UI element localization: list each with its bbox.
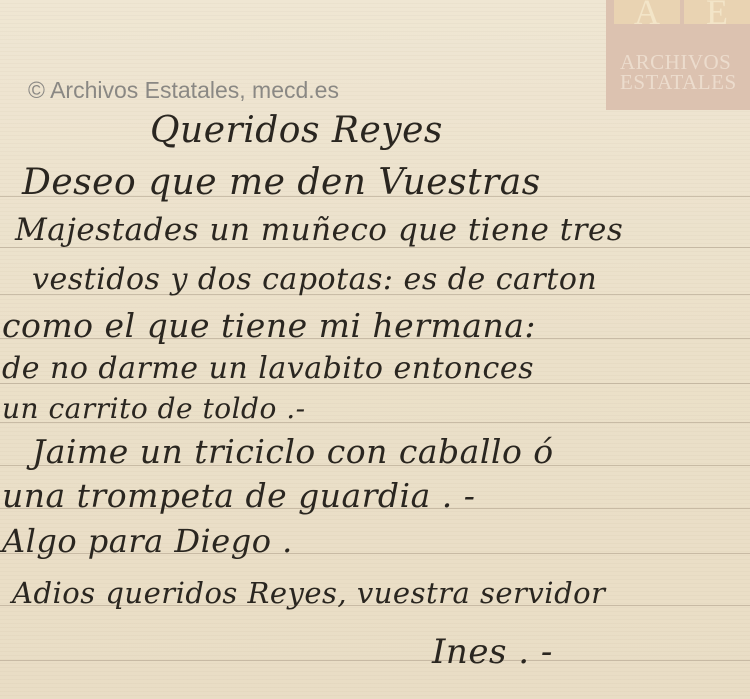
logo-letter-e: E (684, 0, 750, 24)
letter-line-2: Majestades un muñeco que tiene tres (15, 212, 623, 248)
letter-line-8: una trompeta de guardia . - (2, 476, 475, 515)
archivos-estatales-logo: A E ARCHIVOSESTATALES (606, 0, 750, 110)
letter-line-1: Deseo que me den Vuestras (22, 162, 541, 203)
logo-letter-a: A (614, 0, 680, 24)
ruled-line (0, 660, 750, 661)
logo-line-2: ESTATALES (620, 72, 737, 92)
letter-line-9: Algo para Diego . (2, 522, 293, 560)
letter-line-6: un carrito de toldo .- (2, 392, 306, 425)
logo-monogram: A E (614, 0, 750, 24)
letter-signature: Ines . - (432, 632, 553, 672)
letter-line-5: de no darme un lavabito entonces (2, 351, 534, 386)
letter-line-3: vestidos y dos capotas: es de carton (32, 262, 597, 297)
letter-line-10: Adios queridos Reyes, vuestra servidor (12, 576, 605, 610)
letter-salutation: Queridos Reyes (150, 110, 443, 151)
letter-line-7: Jaime un triciclo con caballo ó (32, 432, 554, 471)
letter-line-4: como el que tiene mi hermana: (2, 306, 536, 345)
logo-text: ARCHIVOSESTATALES (620, 52, 737, 92)
copyright-watermark: © Archivos Estatales, mecd.es (28, 77, 339, 104)
logo-line-1: ARCHIVOS (620, 52, 737, 72)
